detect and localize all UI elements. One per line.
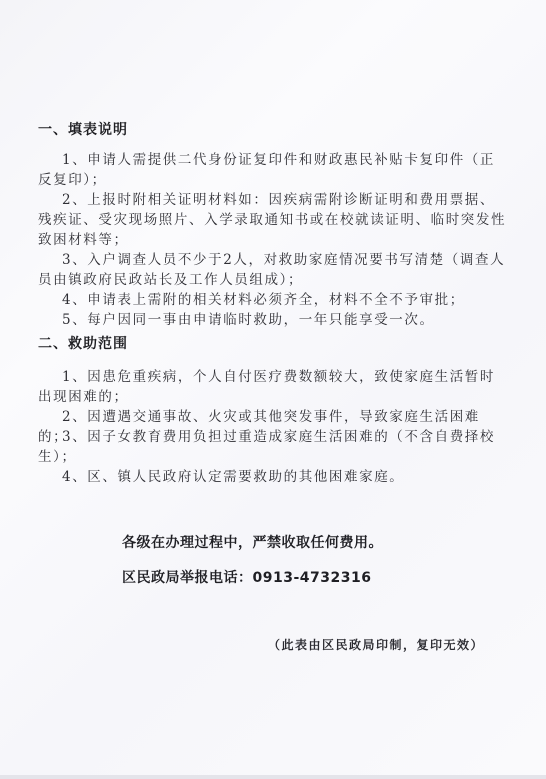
instruction-item-4: 4、申请表上需附的相关材料必须齐全，材料不全不予审批；	[38, 290, 508, 310]
instruction-item-3: 3、入户调查人员不少于2人，对救助家庭情况要书写清楚（调查人员由镇政府民政站长及…	[38, 250, 508, 290]
instruction-item-2: 2、上报时附相关证明材料如：因疾病需附诊断证明和费用票据、残疾证、受灾现场照片、…	[38, 190, 508, 250]
scope-item-4: 4、区、镇人民政府认定需要救助的其他困难家庭。	[38, 467, 508, 487]
instruction-item-1: 1、申请人需提供二代身份证复印件和财政惠民补贴卡复印件（正反复印）；	[38, 150, 508, 190]
scope-item-3: 3、因子女教育费用负担过重造成家庭生活困难的（不含自费择校生）；	[38, 427, 508, 467]
instruction-item-5: 5、每户因同一事由申请临时救助，一年只能享受一次。	[38, 310, 508, 330]
scope-item-1: 1、因患危重疾病，个人自付医疗费数额较大，致使家庭生活暂时出现困难的；	[38, 367, 508, 407]
report-hotline: 区民政局举报电话：0913-4732316	[122, 567, 371, 587]
section-title-scope: 二、救助范围	[38, 333, 128, 353]
section-title-instructions: 一、填表说明	[38, 119, 128, 139]
footer-note: （此表由区民政局印制，复印无效）	[268, 636, 484, 653]
no-fees-notice: 各级在办理过程中，严禁收取任何费用。	[122, 532, 383, 552]
scanned-document-page: 一、填表说明 1、申请人需提供二代身份证复印件和财政惠民补贴卡复印件（正反复印）…	[0, 0, 546, 779]
page-bottom-edge	[0, 775, 546, 779]
